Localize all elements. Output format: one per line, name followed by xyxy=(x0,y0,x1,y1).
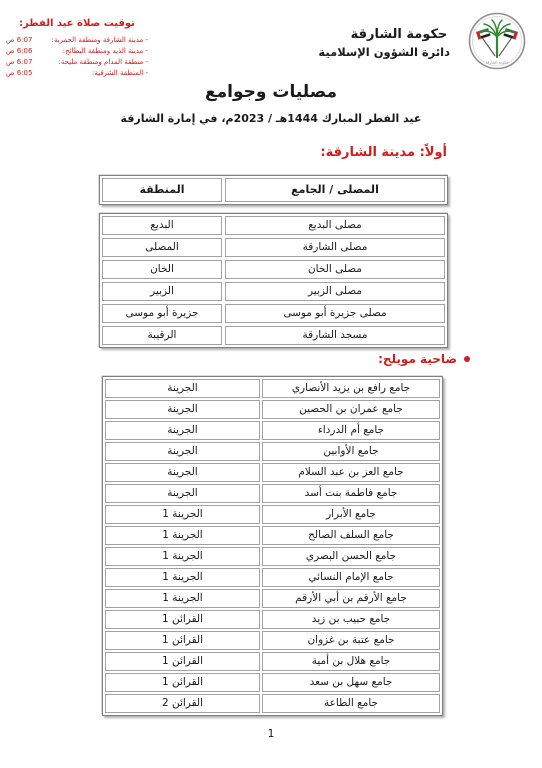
timing-entry-time: 6:06 ص xyxy=(6,46,32,57)
column-header-mosque: المصلى / الجامع xyxy=(225,178,445,202)
muwailih-table: جامع رافع بن يزيد الأنصاري الجرينة جامع … xyxy=(102,376,443,716)
mosque-name-cell: جامع الطاعة xyxy=(262,694,440,713)
table-row: جامع الطاعة القرائن 2 xyxy=(105,694,440,713)
timing-entry-label: - المنطقة الشرقية: xyxy=(92,68,148,79)
area-name-cell: الجرينة 1 xyxy=(105,505,260,524)
table-row: جامع فاطمة بنت أسد الجرينة xyxy=(105,484,440,503)
sharjah-emblem-logo: حكومة الشارقة xyxy=(468,12,526,70)
mosque-name-cell: جامع السلف الصالح xyxy=(262,526,440,545)
table-row: جامع الإمام النسائي الجرينة 1 xyxy=(105,568,440,587)
city-table-header: المصلى / الجامع المنطقة xyxy=(99,175,448,205)
mosque-name-cell: جامع أم الدرداء xyxy=(262,421,440,440)
table-row: جامع عتبة بن غزوان القرائن 1 xyxy=(105,631,440,650)
mosque-name-cell: مصلى الزبير xyxy=(225,282,445,301)
table-row: جامع الأرقم بن أبي الأرقم الجرينة 1 xyxy=(105,589,440,608)
document-subtitle: عيد الفطر المبارك 1444هـ / 2023م، في إما… xyxy=(0,112,542,125)
mosque-name-cell: جامع العز بن عبد السلام xyxy=(262,463,440,482)
column-header-area: المنطقة xyxy=(102,178,222,202)
section-heading-muwailih-label: ضاحية مويلح: xyxy=(378,352,457,366)
section-heading-sharjah-city: أولاً: مدينة الشارقة: xyxy=(320,145,447,160)
timing-entry-time: 6:07 ص xyxy=(6,57,32,68)
mosque-name-cell: جامع الإمام النسائي xyxy=(262,568,440,587)
department-name: دائرة الشؤون الإسلامية xyxy=(348,45,450,59)
table-row: مصلى الزبير الزبير xyxy=(102,282,445,301)
bullet-icon xyxy=(464,356,470,362)
document-title: مصليات وجوامع xyxy=(0,82,542,102)
area-name-cell: القرائن 2 xyxy=(105,694,260,713)
area-name-cell: الجرينة xyxy=(105,379,260,398)
mosque-name-cell: مصلى البديع xyxy=(225,216,445,235)
area-name-cell: الجرينة 1 xyxy=(105,589,260,608)
table-row: جامع عمران بن الحصين الجرينة xyxy=(105,400,440,419)
government-brand-text: حكومة الشارقة دائرة الشؤون الإسلامية xyxy=(348,27,450,59)
table-row: مصلى الخان الخان xyxy=(102,260,445,279)
table-row: جامع الحسن البصري الجرينة 1 xyxy=(105,547,440,566)
mosque-name-cell: مصلى الشارقة xyxy=(225,238,445,257)
table-row: جامع سهل بن سعد القرائن 1 xyxy=(105,673,440,692)
prayer-timing-entry: - مدينة الشارقة ومنطقة الحمرية: 6:07 ص xyxy=(6,35,148,46)
mosque-name-cell: جامع الأوابين xyxy=(262,442,440,461)
area-name-cell: الجرينة 1 xyxy=(105,547,260,566)
timing-entry-label: - مدينة الذيد ومنطقة البطائح: xyxy=(63,46,148,57)
area-name-cell: الخان xyxy=(102,260,222,279)
prayer-timing-list: - مدينة الشارقة ومنطقة الحمرية: 6:07 ص -… xyxy=(6,35,148,79)
table-row: جامع رافع بن يزيد الأنصاري الجرينة xyxy=(105,379,440,398)
document-page: توقيت صلاة عيد الفطر: - مدينة الشارقة وم… xyxy=(0,0,542,768)
mosque-name-cell: جامع هلال بن أمية xyxy=(262,652,440,671)
timing-entry-label: - منطقة المدام ومنطقة مليحة: xyxy=(59,57,149,68)
timing-entry-time: 6:07 ص xyxy=(6,35,32,46)
timing-entry-label: - مدينة الشارقة ومنطقة الحمرية: xyxy=(52,35,148,46)
table-row: مسجد الشارقة الرقيبة xyxy=(102,326,445,345)
page-number: 1 xyxy=(0,727,542,740)
mosque-name-cell: جامع الأرقم بن أبي الأرقم xyxy=(262,589,440,608)
mosque-name-cell: مصلى جزيرة أبو موسى xyxy=(225,304,445,323)
table-header-row: المصلى / الجامع المنطقة xyxy=(102,178,445,202)
table-row: مصلى الشارقة المصلى xyxy=(102,238,445,257)
table-row: جامع هلال بن أمية القرائن 1 xyxy=(105,652,440,671)
area-name-cell: الجرينة xyxy=(105,442,260,461)
prayer-timing-entry: - منطقة المدام ومنطقة مليحة: 6:07 ص xyxy=(6,57,148,68)
prayer-timing-block: توقيت صلاة عيد الفطر: - مدينة الشارقة وم… xyxy=(6,18,148,79)
area-name-cell: القرائن 1 xyxy=(105,631,260,650)
area-name-cell: الزبير xyxy=(102,282,222,301)
area-name-cell: جزيرة أبو موسى xyxy=(102,304,222,323)
area-name-cell: الجرينة 1 xyxy=(105,568,260,587)
table-row: جامع أم الدرداء الجرينة xyxy=(105,421,440,440)
mosque-name-cell: جامع رافع بن يزيد الأنصاري xyxy=(262,379,440,398)
area-name-cell: المصلى xyxy=(102,238,222,257)
mosque-name-cell: جامع حبيب بن زيد xyxy=(262,610,440,629)
mosque-name-cell: مصلى الخان xyxy=(225,260,445,279)
government-name: حكومة الشارقة xyxy=(348,27,450,42)
table-row: جامع حبيب بن زيد القرائن 1 xyxy=(105,610,440,629)
section-heading-muwailih: ضاحية مويلح: xyxy=(378,352,470,366)
area-name-cell: الجرينة 1 xyxy=(105,526,260,545)
table-row: مصلى جزيرة أبو موسى جزيرة أبو موسى xyxy=(102,304,445,323)
table-row: مصلى البديع البديع xyxy=(102,216,445,235)
prayer-timing-entry: - مدينة الذيد ومنطقة البطائح: 6:06 ص xyxy=(6,46,148,57)
table-row: جامع السلف الصالح الجرينة 1 xyxy=(105,526,440,545)
mosque-name-cell: جامع الأبرار xyxy=(262,505,440,524)
mosque-name-cell: جامع الحسن البصري xyxy=(262,547,440,566)
mosque-name-cell: مسجد الشارقة xyxy=(225,326,445,345)
area-name-cell: الجرينة xyxy=(105,421,260,440)
area-name-cell: القرائن 1 xyxy=(105,673,260,692)
table-row: جامع العز بن عبد السلام الجرينة xyxy=(105,463,440,482)
area-name-cell: القرائن 1 xyxy=(105,610,260,629)
area-name-cell: القرائن 1 xyxy=(105,652,260,671)
timing-entry-time: 6:05 ص xyxy=(6,68,32,79)
area-name-cell: الجرينة xyxy=(105,463,260,482)
mosque-name-cell: جامع فاطمة بنت أسد xyxy=(262,484,440,503)
prayer-timing-title: توقيت صلاة عيد الفطر: xyxy=(6,18,148,29)
area-name-cell: الرقيبة xyxy=(102,326,222,345)
prayer-timing-entry: - المنطقة الشرقية: 6:05 ص xyxy=(6,68,148,79)
area-name-cell: الجرينة xyxy=(105,484,260,503)
emblem-caption: حكومة الشارقة xyxy=(486,61,509,65)
table-row: جامع الأوابين الجرينة xyxy=(105,442,440,461)
area-name-cell: البديع xyxy=(102,216,222,235)
mosque-name-cell: جامع عتبة بن غزوان xyxy=(262,631,440,650)
city-table: مصلى البديع البديع مصلى الشارقة المصلى م… xyxy=(99,213,448,348)
table-row: جامع الأبرار الجرينة 1 xyxy=(105,505,440,524)
mosque-name-cell: جامع عمران بن الحصين xyxy=(262,400,440,419)
area-name-cell: الجرينة xyxy=(105,400,260,419)
mosque-name-cell: جامع سهل بن سعد xyxy=(262,673,440,692)
